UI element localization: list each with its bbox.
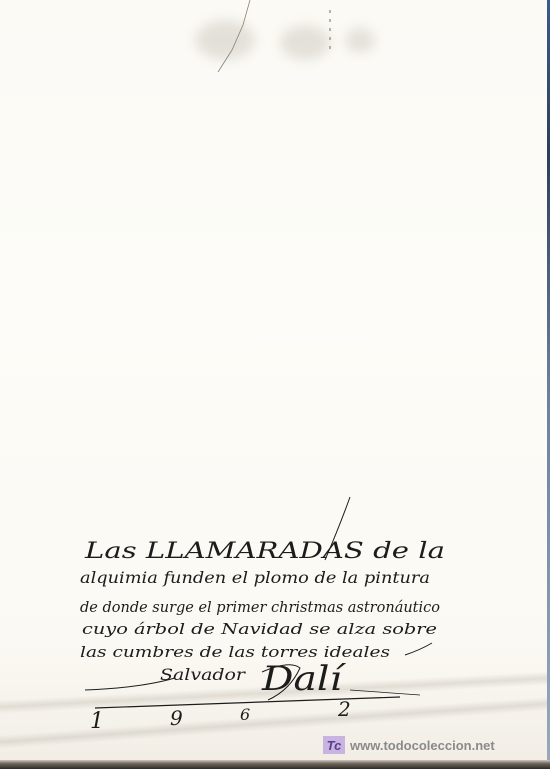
dedication-line-5: las cumbres de las torres ideales: [80, 643, 390, 661]
paper-sheet: Las LLAMARADAS de la alquimia funden el …: [0, 0, 548, 760]
year-digit: 9: [170, 706, 183, 730]
dedication-line-1: Las LLAMARADAS de la: [84, 539, 445, 564]
dedication-line-3: de donde surge el primer christmas astro…: [80, 598, 440, 616]
scan-edge-bottom: [0, 760, 550, 769]
signature-first-name: Salvador: [160, 665, 247, 684]
watermark-url: www.todocoleccion.net: [350, 738, 495, 753]
dedication-line-2: alquimia funden el plomo de la pintura: [80, 568, 430, 587]
year-digit: 6: [240, 705, 250, 724]
year-digit: 2: [337, 697, 351, 721]
dedication-line-4: cuyo árbol de Navidad se alza sobre: [82, 620, 437, 638]
signature-last-name: Dalí: [261, 659, 347, 699]
year-digit: 1: [90, 709, 104, 734]
todocoleccion-logo-icon: Tc: [323, 736, 345, 754]
handwriting-layer: Las LLAMARADAS de la alquimia funden el …: [0, 0, 548, 760]
watermark: Tc www.todocoleccion.net: [323, 736, 495, 754]
